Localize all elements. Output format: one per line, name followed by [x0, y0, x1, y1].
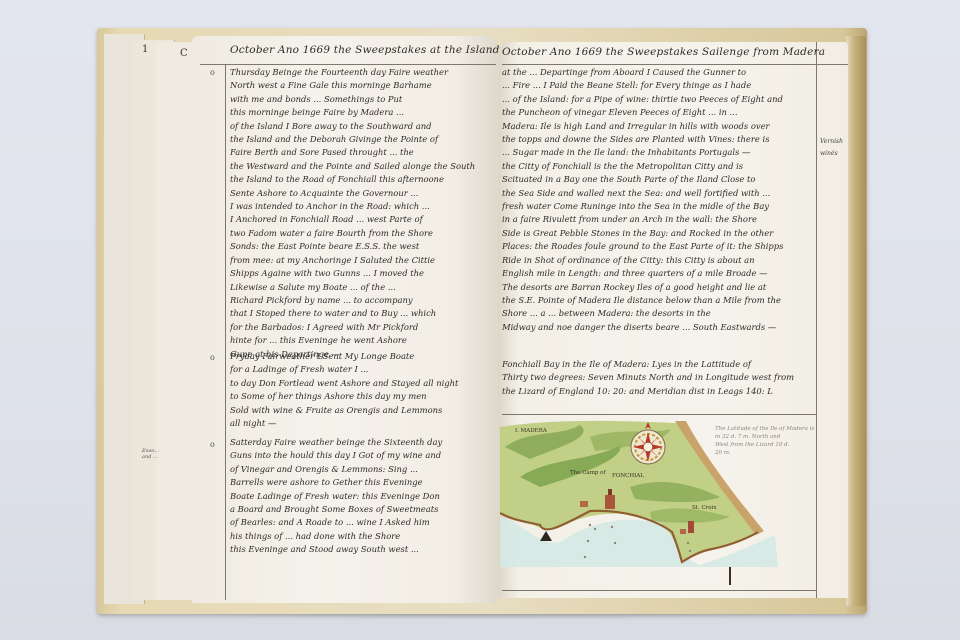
log-entry-thursday: Thursday Beinge the Fourteenth day Faire…: [230, 66, 496, 366]
handwritten-line: Places: the Roades foule ground to the E…: [502, 240, 814, 253]
handwritten-line: the Lizard of England 10: 20: and Meridi…: [502, 385, 814, 398]
handwritten-line: Fonchiall Bay in the Ile of Madera: Lyes…: [502, 358, 814, 371]
entry-marker: o: [210, 440, 215, 449]
handwritten-line: the Island to the Road of Fonchiall this…: [230, 173, 496, 186]
chart-notes: The Latitude of the Ile of Madera is in …: [715, 425, 815, 457]
log-entry-fonchiall-position: Fonchiall Bay in the Ile of Madera: Lyes…: [502, 358, 814, 402]
chart-note-line: in 32 d. 7 m. North and: [715, 433, 815, 441]
handwritten-line: this Eveninge and Stood away South west …: [230, 543, 496, 556]
handwritten-line: of Vinegar and Orengis & Lemmons: Sing .…: [230, 463, 496, 476]
church-tower: [608, 489, 612, 495]
handwritten-line: Thirty two degrees: Seven Minuts North a…: [502, 371, 814, 384]
handwritten-line: the topps and downe the Sides are Plante…: [502, 133, 814, 146]
handwritten-line: I was intended to Anchor in the Road: wh…: [230, 200, 496, 213]
handwritten-line: Shipps Againe with two Gunns ... I moved…: [230, 267, 496, 280]
rock-islet: [540, 531, 552, 541]
handwritten-line: Barrells were ashore to Gether this Even…: [230, 476, 496, 489]
handwritten-line: fresh water Come Runinge into the Sea in…: [502, 200, 814, 213]
handwritten-line: Likewise a Salute my Boate ... of the ..…: [230, 281, 496, 294]
handwritten-line: hinte for ... this Eveninge he went Asho…: [230, 334, 496, 347]
log-entry-friday: Fryday Fairweather I Sent My Longe Boate…: [230, 350, 496, 432]
handwritten-line: of the Island I Bore away to the Southwa…: [230, 120, 496, 133]
handwritten-line: Thursday Beinge the Fourteenth day Faire…: [230, 66, 496, 79]
handwritten-line: this morninge beinge Faire by Madera ...: [230, 106, 496, 119]
header-rule: [200, 64, 496, 65]
desertas-islets: [729, 567, 731, 585]
handwritten-line: the Puncheon of vinegar Eleven Peeces of…: [502, 106, 814, 119]
entry-marker: o: [210, 353, 215, 362]
handwritten-line: Fryday Fairweather I Sent My Longe Boate: [230, 350, 496, 363]
chapel: [688, 521, 694, 533]
handwritten-line: to day Don Fortlead went Ashore and Stay…: [230, 377, 496, 390]
handwritten-line: I Anchored in Fonchiall Road ... west Pa…: [230, 213, 496, 226]
margin-note: Vernish: [820, 138, 843, 146]
handwritten-line: Guns into the hould this day I Got of my…: [230, 449, 496, 462]
handwritten-line: Satterday Faire weather beinge the Sixte…: [230, 436, 496, 449]
handwritten-line: Shore ... a ... between Madera: the deso…: [502, 307, 814, 320]
handwritten-line: the S.E. Pointe of Madera Ile distance b…: [502, 294, 814, 307]
left-page-header: October Ano 1669 the Sweepstakes at the …: [230, 44, 500, 56]
handwritten-line: in a faire Rivulett from under an Arch i…: [502, 213, 814, 226]
handwritten-line: Madera: Ile is high Land and Irregular i…: [502, 120, 814, 133]
leaf-side-note: Enso... and ...: [142, 448, 166, 460]
handwritten-line: Sente Ashore to Acquainte the Governour …: [230, 187, 496, 200]
handwritten-line: the Island and the Deborah Givinge the P…: [230, 133, 496, 146]
chart-note-line: 20 m.: [715, 449, 815, 457]
handwritten-line: ... Sugar made in the Ile land: the Inha…: [502, 146, 814, 159]
handwritten-line: with me and bonds ... Somethings to Put: [230, 93, 496, 106]
photo-scene: 1 C Enso... and ... October Ano 1669 the…: [0, 0, 960, 640]
log-entry-saturday: Satterday Faire weather beinge the Sixte…: [230, 436, 496, 561]
chart-top-rule: [502, 414, 816, 415]
leaf-page-number: C: [180, 48, 188, 59]
handwritten-line: ... Fire ... I Paid the Beane Stell: for…: [502, 79, 814, 92]
header-rule: [502, 64, 848, 65]
handwritten-line: ... of the Island: for a Pipe of wine: t…: [502, 93, 814, 106]
chart-note-line: The Latitude of the Ile of Madera is: [715, 425, 815, 433]
handwritten-line: all night —: [230, 417, 496, 430]
handwritten-line: two Fadom water a faire Bourth from the …: [230, 227, 496, 240]
handwritten-line: that I Stoped there to water and to Buy …: [230, 307, 496, 320]
handwritten-line: English mile in Length: and three quarte…: [502, 267, 814, 280]
margin-rule: [225, 64, 226, 600]
map-label-bay: The Camp of: [570, 470, 606, 476]
entry-marker: o: [210, 68, 215, 77]
cover-spine-edge: [846, 36, 866, 606]
left-page: October Ano 1669 the Sweepstakes at the …: [192, 36, 498, 603]
stacked-leaf: C: [156, 42, 197, 600]
handwritten-line: the Sea Side and walled next the Sea: an…: [502, 187, 814, 200]
chart-note-line: West from the Lizard 10 d.: [715, 441, 815, 449]
handwritten-line: the Citty of Fonchiall is the the Metrop…: [502, 160, 814, 173]
handwritten-line: Ride in Shot of ordinance of the Citty: …: [502, 254, 814, 267]
handwritten-line: at the ... Departinge from Aboard I Caus…: [502, 66, 814, 79]
chapel-building: [680, 529, 686, 534]
chart-bottom-rule: [502, 590, 816, 591]
handwritten-line: The desorts are Barran Rockey Iles of a …: [502, 281, 814, 294]
handwritten-line: Sonds: the East Pointe beare E.S.S. the …: [230, 240, 496, 253]
handwritten-line: for a Ladinge of Fresh water I ...: [230, 363, 496, 376]
map-label-town: FONCHIAL: [612, 473, 644, 479]
handwritten-line: Midway and noe danger the diserts beare …: [502, 321, 814, 334]
handwritten-line: Sold with wine & Fruite as Orengis and L…: [230, 404, 496, 417]
handwritten-line: to Some of her things Ashore this day my…: [230, 390, 496, 403]
margin-note: winés: [820, 150, 838, 158]
handwritten-line: a Board and Brought Some Boxes of Sweetm…: [230, 503, 496, 516]
handwritten-line: from mee: at my Anchoringe I Saluted the…: [230, 254, 496, 267]
right-page-header: October Ano 1669 the Sweepstakes Saileng…: [502, 46, 825, 58]
log-entry-madera-description: at the ... Departinge from Aboard I Caus…: [502, 66, 814, 338]
handwritten-line: Faire Berth and Sore Pased throught ... …: [230, 146, 496, 159]
map-label-island: I. MADERA: [515, 428, 547, 434]
handwritten-line: Richard Pickford by name ... to accompan…: [230, 294, 496, 307]
handwritten-line: his things of ... had done with the Shor…: [230, 530, 496, 543]
handwritten-line: of Bearles: and A Roade to ... wine I As…: [230, 516, 496, 529]
handwritten-line: Scituated in a Bay one the South Parte o…: [502, 173, 814, 186]
handwritten-line: North west a Fine Gale this morninge Bar…: [230, 79, 496, 92]
town-church: [605, 495, 615, 509]
leaf-page-number: 1: [142, 44, 148, 55]
handwritten-line: Boate Ladinge of Fresh water: this Eveni…: [230, 490, 496, 503]
handwritten-line: Side is Great Pebble Stones in the Bay: …: [502, 227, 814, 240]
map-label-church: St. Croix: [692, 505, 716, 511]
handwritten-line: the Westward and the Pointe and Sailed a…: [230, 160, 496, 173]
town-building: [580, 501, 588, 507]
handwritten-line: for the Barbados: I Agreed with Mr Pickf…: [230, 321, 496, 334]
